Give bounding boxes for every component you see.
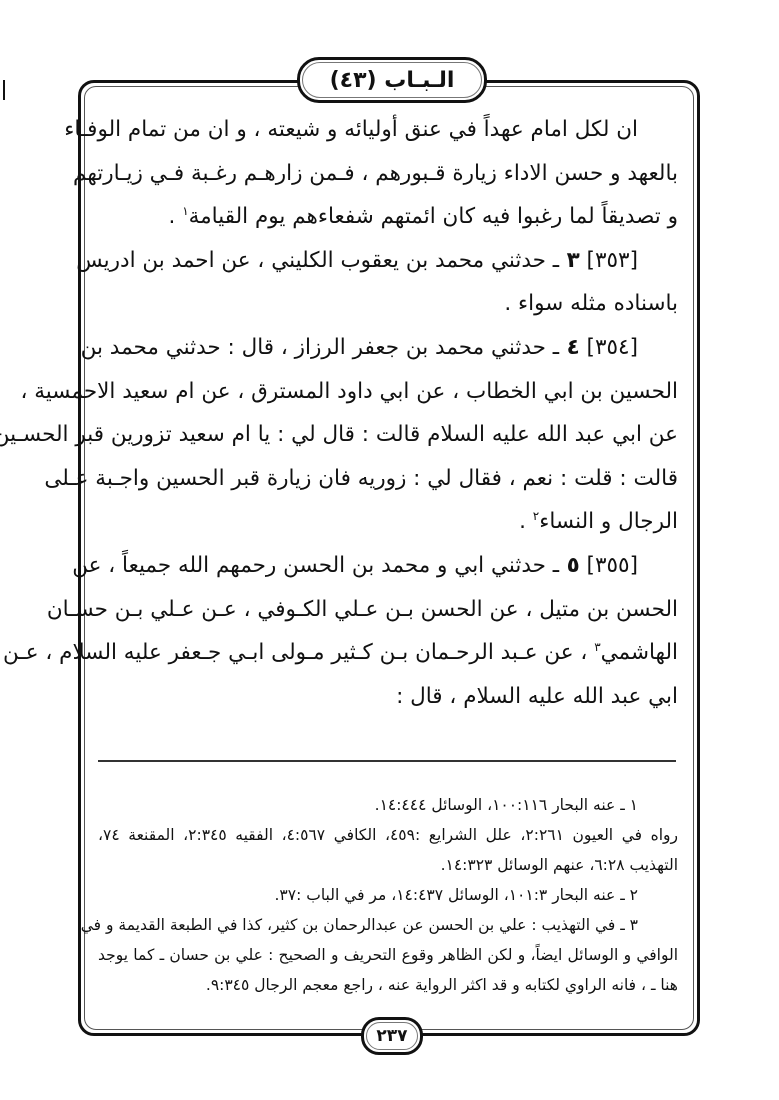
footnote-line: الوافي و الوسائل ايضاً، و لكن الظاهر وقو… <box>98 940 678 970</box>
body-line: الحسن بن متيل ، عن الحسن بـن عـلي الكـوف… <box>98 588 678 632</box>
body-line-text: عن ابي عبد الله عليه السلام قالت : قال ل… <box>0 422 678 447</box>
body-line-text: الحسن بن متيل ، عن الحسن بـن عـلي الكـوف… <box>47 597 678 622</box>
body-line-text: ان لكل امام عهداً في عنق أوليائه و شيعته… <box>64 117 638 142</box>
body-line-text: ـ حدثني ابي و محمد بن الحسن رحمهم الله ج… <box>72 553 559 578</box>
body-line-text: الهاشمي <box>601 640 678 665</box>
hadith-number: ٥ <box>559 553 580 578</box>
hadith-number: ٤ <box>559 335 580 360</box>
body-line: قالت : قلت : نعم ، فقال لي : زوريه فان ز… <box>98 457 678 501</box>
body-line-text: ـ حدثني محمد بن يعقوب الكليني ، عن احمد … <box>76 248 559 273</box>
footnote-divider <box>98 760 676 762</box>
body-line: بالعهد و حسن الاداء زيارة قـبورهم ، فـمن… <box>98 152 678 196</box>
footnote-line: رواه في العيون ٢:٢٦١، علل الشرايع :٤٥٩، … <box>98 820 678 850</box>
footnote-line: ١ ـ عنه البحار ١٠٠:١١٦، الوسائل ١٤:٤٤٤. <box>98 790 678 820</box>
body-line-tail: ، عن عـبد الرحـمان بـن كـثير مـولى ابـي … <box>3 640 594 665</box>
body-line: [٣٥٥] ٥ ـ حدثني ابي و محمد بن الحسن رحمه… <box>98 544 678 588</box>
body-line-tail: . <box>169 204 183 229</box>
footnotes: ١ ـ عنه البحار ١٠٠:١١٦، الوسائل ١٤:٤٤٤.ر… <box>98 790 678 1000</box>
body-line: ان لكل امام عهداً في عنق أوليائه و شيعته… <box>98 108 678 152</box>
body-line-text: و تصديقاً لما رغبوا فيه كان ائمتهم شفعاء… <box>189 204 678 229</box>
body-line: الرجال و النساء٢ . <box>98 500 678 544</box>
body-line: [٣٥٣] ٣ ـ حدثني محمد بن يعقوب الكليني ، … <box>98 239 678 283</box>
body-line: ابي عبد الله عليه السلام ، قال : <box>98 675 678 719</box>
body-text: ان لكل امام عهداً في عنق أوليائه و شيعته… <box>98 108 678 718</box>
body-line-text: قالت : قلت : نعم ، فقال لي : زوريه فان ز… <box>44 466 678 491</box>
chapter-title-text: الـبـاب (٤٣) <box>330 68 455 93</box>
body-line: الهاشمي٣ ، عن عـبد الرحـمان بـن كـثير مـ… <box>98 631 678 675</box>
body-line: الحسين بن ابي الخطاب ، عن ابي داود المست… <box>98 370 678 414</box>
footnote-line: ٣ ـ في التهذيب : علي بن الحسن عن عبدالرح… <box>98 910 678 940</box>
footnote-line: ٢ ـ عنه البحار ١٠١:٣، الوسائل ١٤:٤٣٧، مر… <box>98 880 678 910</box>
body-line-text: ـ حدثني محمد بن جعفر الرزاز ، قال : حدثن… <box>81 335 560 360</box>
body-line-text: ابي عبد الله عليه السلام ، قال : <box>396 684 678 709</box>
hadith-number: ٣ <box>559 248 580 273</box>
margin-mark <box>3 80 5 100</box>
hadith-ref: [٣٥٥] <box>580 553 638 578</box>
hadith-ref: [٣٥٤] <box>580 335 638 360</box>
body-line: عن ابي عبد الله عليه السلام قالت : قال ل… <box>98 413 678 457</box>
body-line-tail: . <box>519 509 533 534</box>
body-line-text: باسناده مثله سواء . <box>504 291 678 316</box>
page-number-text: ٢٣٧ <box>376 1026 407 1046</box>
body-line: و تصديقاً لما رغبوا فيه كان ائمتهم شفعاء… <box>98 195 678 239</box>
body-line: [٣٥٤] ٤ ـ حدثني محمد بن جعفر الرزاز ، قا… <box>98 326 678 370</box>
footnote-line: هنا ـ ، فانه الراوي لكتابه و قد اكثر الر… <box>98 970 678 1000</box>
hadith-ref: [٣٥٣] <box>580 248 638 273</box>
page-number: ٢٣٧ <box>361 1017 423 1055</box>
body-line: باسناده مثله سواء . <box>98 282 678 326</box>
chapter-title: الـبـاب (٤٣) <box>297 57 487 103</box>
body-line-text: الحسين بن ابي الخطاب ، عن ابي داود المست… <box>20 379 678 404</box>
body-line-text: الرجال و النساء <box>539 509 678 534</box>
body-line-text: بالعهد و حسن الاداء زيارة قـبورهم ، فـمن… <box>73 161 678 186</box>
footnote-line: التهذيب ٦:٢٨، عنهم الوسائل ١٤:٣٢٣. <box>98 850 678 880</box>
